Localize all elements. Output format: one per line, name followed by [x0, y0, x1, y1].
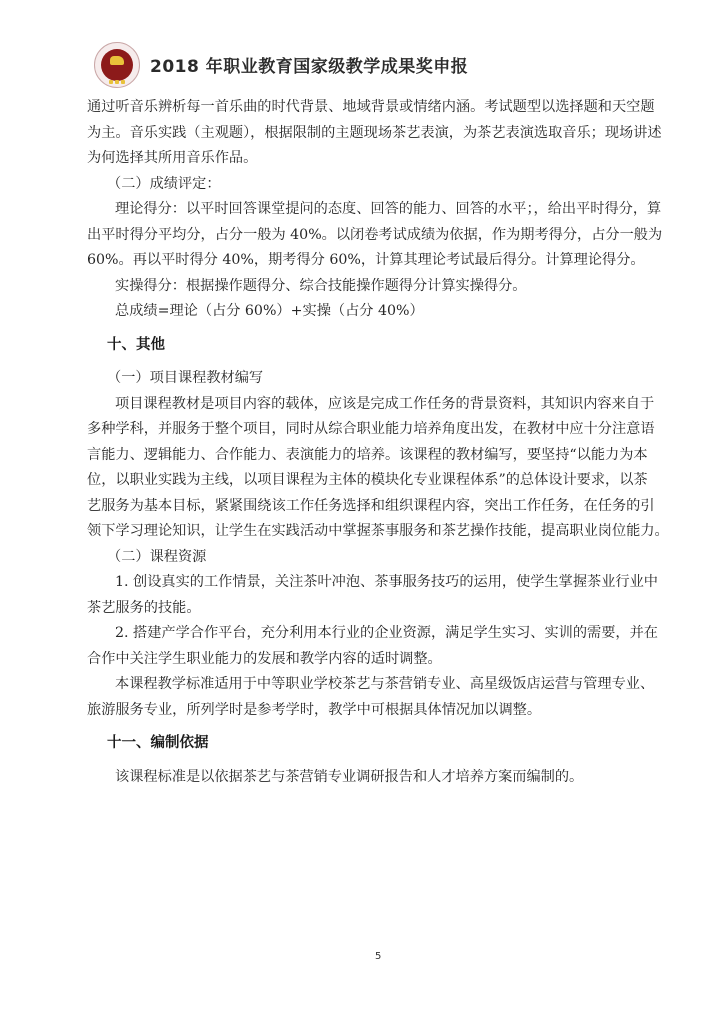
paragraph-line: 位，以职业实践为主线，以项目课程为主体的模块化专业课程体系”的总体设计要求，以茶	[87, 468, 647, 494]
horse-icon	[110, 56, 124, 65]
paragraph-line: 为何选择其所用音乐作品。	[87, 146, 647, 172]
paragraph-line: 茶艺服务的技能。	[87, 596, 647, 622]
paragraph-line: 项目课程教材是项目内容的载体，应该是完成工作任务的背景资料，其知识内容来自于	[87, 392, 647, 418]
paragraph-line: 合作中关注学生职业能力的发展和教学内容的适时调整。	[87, 647, 647, 673]
paragraph-line: 2. 搭建产学合作平台，充分利用本行业的企业资源，满足学生实习、实训的需要，并在	[87, 621, 647, 647]
school-emblem-icon	[94, 42, 140, 88]
section-heading-10: 十、其他	[87, 333, 647, 359]
paragraph-line: 本课程教学标准适用于中等职业学校茶艺与茶营销专业、高星级饭店运营与管理专业、	[87, 672, 647, 698]
header-title: 2018 年职业教育国家级教学成果奖申报	[150, 52, 468, 77]
paragraph-line: 旅游服务专业，所列学时是参考学时，教学中可根据具体情况加以调整。	[87, 698, 647, 724]
paragraph-line: 理论得分：以平时回答课堂提问的态度、回答的能力、回答的水平；，给出平时得分，算	[87, 197, 647, 223]
paragraph-line: 多种学科，并服务于整个项目，同时从综合职业能力培养角度出发，在教材中应十分注意语	[87, 417, 647, 443]
subheading-resources: （二）课程资源	[87, 545, 647, 571]
emblem-center	[101, 49, 133, 81]
paragraph-line: 总成绩=理论（占分 60%）+实操（占分 40%）	[87, 299, 647, 325]
emblem-dots	[109, 69, 127, 73]
paragraph-line: 艺服务为基本目标，紧紧围绕该工作任务选择和组织课程内容，突出工作任务，在任务的引	[87, 494, 647, 520]
paragraph-line: 该课程标准是以依据茶艺与茶营销专业调研报告和人才培养方案而编制的。	[87, 765, 647, 791]
subheading-grading: （二）成绩评定：	[87, 172, 647, 198]
paragraph-line: 通过听音乐辨析每一首乐曲的时代背景、地域背景或情绪内涵。考试题型以选择题和天空题	[87, 95, 647, 121]
paragraph-line: 领下学习理论知识，让学生在实践活动中掌握茶事服务和茶艺操作技能，提高职业岗位能力…	[87, 519, 647, 545]
paragraph-line: 实操得分：根据操作题得分、综合技能操作题得分计算实操得分。	[87, 274, 647, 300]
paragraph-line: 60%。再以平时得分 40%，期考得分 60%，计算其理论考试最后得分。计算理论…	[87, 248, 647, 274]
paragraph-line: 为主。音乐实践（主观题），根据限制的主题现场茶艺表演，为茶艺表演选取音乐；现场讲…	[87, 121, 647, 147]
paragraph-line: 言能力、逻辑能力、合作能力、表演能力的培养。该课程的教材编写，要坚持“以能力为本	[87, 443, 647, 469]
paragraph-line: 出平时得分平均分，占分一般为 40%。以闭卷考试成绩为依据，作为期考得分，占分一…	[87, 223, 647, 249]
document-body: 通过听音乐辨析每一首乐曲的时代背景、地域背景或情绪内涵。考试题型以选择题和天空题…	[87, 95, 647, 790]
section-heading-11: 十一、编制依据	[87, 731, 647, 757]
page-number: 5	[375, 951, 381, 962]
subheading-materials: （一）项目课程教材编写	[87, 366, 647, 392]
document-header: 2018 年职业教育国家级教学成果奖申报	[92, 42, 652, 92]
paragraph-line: 1. 创设真实的工作情景，关注茶叶冲泡、茶事服务技巧的运用，使学生掌握茶业行业中	[87, 570, 647, 596]
